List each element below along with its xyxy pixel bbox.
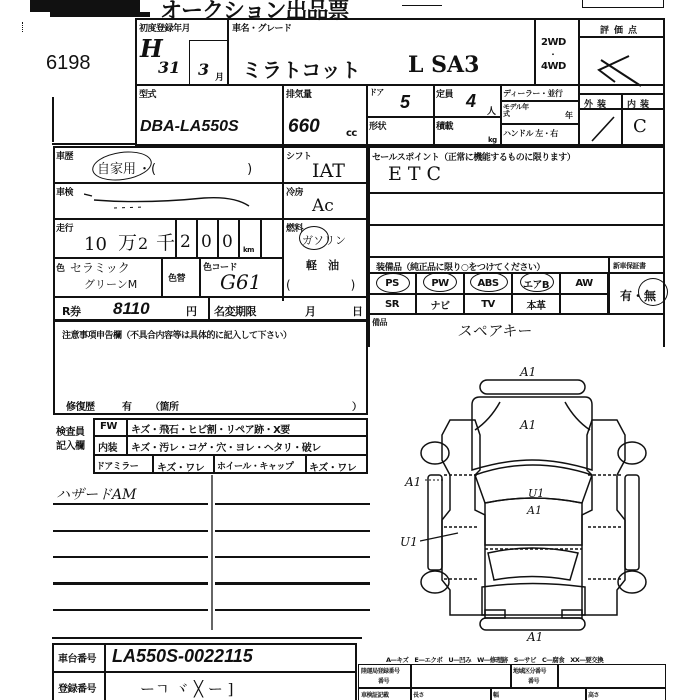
equip-tv: TV [464,294,512,315]
bottom-cell-6: 高さ [588,690,599,699]
equip-ps-circle [376,273,410,293]
capacity-divider [433,84,435,146]
sales-line-1 [368,192,665,194]
displacement-label: 排気量 [286,87,312,100]
car-name-label: 車名・グレード [232,21,292,34]
sales-line-2 [368,224,665,226]
recycle-label: R券 [62,303,80,319]
mileage-digit-4: 2 [180,232,191,252]
damage-mark-front-bumper: A1 [520,365,536,379]
chassis-row-line [52,671,357,673]
first-registration-label: 初度登録年月 [139,21,190,34]
mileage-cell-5 [260,218,262,257]
score-label-line [578,36,665,38]
recycle-unit: 円 [186,303,197,319]
bottom-table-div3 [557,664,559,687]
inspector-label-1: 検査員 [56,423,85,438]
repair-place: （箇所 [150,398,179,413]
drive-4wd: 4WD [541,61,566,72]
mileage-digit-0: 10 [84,234,107,255]
mileage-cell-4 [238,218,240,257]
note-line-2a [53,530,208,532]
usage-bottom [53,182,368,184]
displacement-unit: cc [346,128,357,139]
header-corner-box [582,0,664,8]
dealer-label: ディーラー・並行 [503,88,562,99]
note-line-1a [53,503,208,505]
warranty-selected-circle [638,278,668,306]
aircon-value: Ac [312,196,334,216]
header-logo-bar [30,0,140,12]
note-line-2b [215,530,370,532]
mileage-digit-1: 万 [118,228,137,255]
drive-divider [534,18,536,86]
doors-label: ドア [369,87,384,98]
repair-value: 有 [122,398,132,413]
details-divider [282,146,284,301]
model-year-unit: 年 [565,110,573,121]
model-value: DBA-LA550S [140,118,239,136]
name-change-label: 名変期限 [214,303,256,319]
damage-mark-left-rear-door: U1 [400,535,418,549]
inspection-label: 車検 [56,185,73,198]
mileage-cell-3 [217,218,219,257]
chassis-top-extension [52,637,362,639]
name-change-month: 月 [305,303,316,319]
color-divider-1 [161,257,163,296]
exterior-value-mark [588,113,618,143]
bottom-table-div1 [410,664,412,700]
damage-mark-roof-2: A1 [527,504,542,517]
recycle-value: 8110 [113,299,150,319]
mileage-digit-6: 0 [222,232,233,252]
shift-value: IAT [312,160,345,182]
mileage-digit-3: 千 [156,228,175,255]
bottom-table-div4 [490,687,492,700]
note-line-4b [215,582,370,585]
accessories-value: スペアキー [457,320,534,341]
note-line-1b [215,503,370,505]
first-registration-year: 31 [158,58,180,77]
usage-value: 自家用 [97,158,136,177]
dealer-divider [500,84,502,146]
lined-area-divider [211,475,213,630]
color-label: 色 [56,261,65,274]
inspector-label-2: 記入欄 [56,437,85,452]
model-divider [282,84,284,146]
mileage-cell-2 [196,218,198,257]
weight-label: 積載 [436,119,453,132]
capacity-value: 4 [466,91,476,112]
score-sub-line2 [578,108,665,110]
aircon-label: 冷房 [286,185,303,198]
month-unit: 月 [215,70,224,83]
model-label: 型式 [139,87,156,100]
color-repaint-label: 色替 [168,271,185,284]
accessories-label: 備品 [372,317,387,328]
inspector-row-3-d: キズ・ワレ [309,459,356,474]
damage-mark-rear-bumper: A1 [527,630,543,644]
header-dash [402,5,442,6]
color-divider-2 [199,257,201,296]
doors-value: 5 [400,92,410,113]
note-line-5a [53,609,208,611]
handle-label: ハンドル 左・右 [503,128,558,139]
lot-bottom-border [52,143,137,145]
model-year-label: モデル年式 [503,104,533,118]
drive-sep: ・ [549,49,557,60]
damage-legend: A—キズ E—エクボ U—凹み W—修理跡 S—サビ C—腐食 XX—要交換 [386,655,603,664]
left-rear-door-leader [420,531,460,543]
notes-label: 注意事項申告欄（不具合内容等は具体的に記入して下さい） [62,328,292,341]
car-grade-value: L SA3 [408,52,479,78]
left-front-door-leader [425,478,445,482]
registration-value: ーㄱ ヾ ╳ ー ] [140,678,233,699]
bottom-cell-3: 車検証記載 [361,690,389,699]
inspector-row-1-head: FW [100,421,117,432]
drive-2wd: 2WD [541,37,566,48]
equip-navi: ナビ [416,294,464,315]
bottom-cell-2: 地域区分番号 [513,666,546,675]
capacity-label: 定員 [436,87,453,100]
inspector-row-1-body: キズ・飛石・ヒビ割・リペア跡・X要 [131,421,290,436]
usage-label: 車歴 [56,149,73,162]
displacement-value: 660 [288,116,320,138]
shift-label: シフト [286,149,312,162]
warranty-divider [608,256,610,315]
mileage-label: 走行 [56,221,73,234]
fuel-gasoline: ガソリン [302,232,346,248]
ext-int-divider [621,93,623,146]
equip-leather: 本革 [512,294,560,315]
capacity-unit: 人 [487,104,496,117]
chassis-value: LA550S-0022115 [112,646,253,667]
repair-close: ） [352,398,362,413]
handwritten-note: ハザードAM [56,484,136,504]
bottom-table [358,664,666,700]
interior-value: C [633,116,647,137]
sales-points-value: ETC [388,163,447,185]
color-value-line1: セラミック [70,259,130,276]
equip-airbag-circle [520,272,554,292]
first-registration-month: 3 [198,60,209,79]
inspector-row3-div3 [305,454,307,474]
damage-mark-roof: U1 [528,487,544,500]
lot-number: 6198 [46,52,91,75]
shape-label: 形状 [369,119,386,132]
warranty-label: 新車保証書 [613,261,646,271]
registration-label: 登録番号 [58,680,96,695]
equip-pw-circle [423,272,457,292]
note-line-4a [53,582,208,585]
inspector-row-2-head: 内装 [98,439,117,454]
equip-aw: AW [560,272,608,294]
bottom-cell-2b: 番号 [528,676,539,685]
mileage-digit-2: 2 [138,234,148,253]
color-value-line2: グリーンM [84,276,137,292]
mileage-unit: km [243,246,254,254]
bottom-cell-5: 幅 [493,690,499,699]
bottom-table-row [358,687,666,689]
header-logo-bar-2 [50,12,150,17]
equip-sr: SR [368,294,416,315]
weight-unit: kg [488,136,497,144]
sales-points-label: セールスポイント（正常に機能するものに限ります） [372,150,575,163]
doors-mid [366,116,500,118]
mileage-cell-1 [175,218,177,257]
inspector-head-divider [126,418,128,455]
equip-empty [560,294,608,315]
inspector-row-3-b: キズ・ワレ [157,459,204,474]
chassis-label: 車台番号 [58,650,96,665]
recycle-divider [208,296,210,321]
inspector-row-2-body: キズ・汚レ・コゲ・穴・ヨレ・ヘタリ・破レ [131,439,321,454]
inspection-bottom [53,218,368,220]
lot-left-border [52,97,54,142]
dealer-line [500,100,578,102]
fuel-paren: ( ) [286,276,361,293]
inspection-scribble [84,190,254,214]
car-name-value: ミラトコット [242,54,361,83]
inspector-row3-div2 [213,454,215,474]
equip-abs-circle [470,272,508,292]
color-bottom [53,296,368,298]
bottom-cell-1b: 番号 [378,676,389,685]
usage-extra: ・( ) [138,158,252,177]
lot-dots [22,22,24,32]
score-label: 評価点 [600,23,642,36]
score-value-mark [595,52,647,88]
note-line-3a [53,556,208,558]
inspector-row3-div1 [152,454,154,474]
bottom-table-div2 [510,664,512,687]
bottom-cell-1: 陸運局登録番号 [361,666,400,675]
inspector-row-3-c: ホイール・キャップ [217,459,293,472]
note-line-3b [215,556,370,558]
inspector-row-3-a: ドアミラー [96,459,138,472]
bottom-table-div5 [585,687,587,700]
damage-mark-hood: A1 [520,418,536,432]
note-line-5b [215,609,370,611]
repair-label: 修復歴 [66,398,95,413]
inspector-row-line-2 [93,454,368,456]
handle-line [500,123,578,125]
doors-divider [366,84,368,146]
damage-mark-left-front-door: A1 [405,475,421,489]
mileage-digit-5: 0 [201,232,212,252]
name-change-day: 日 [352,303,363,319]
bottom-cell-4: 長さ [413,690,424,699]
color-code-value: G61 [220,270,261,294]
fuel-diesel: 軽 油 [306,257,339,273]
